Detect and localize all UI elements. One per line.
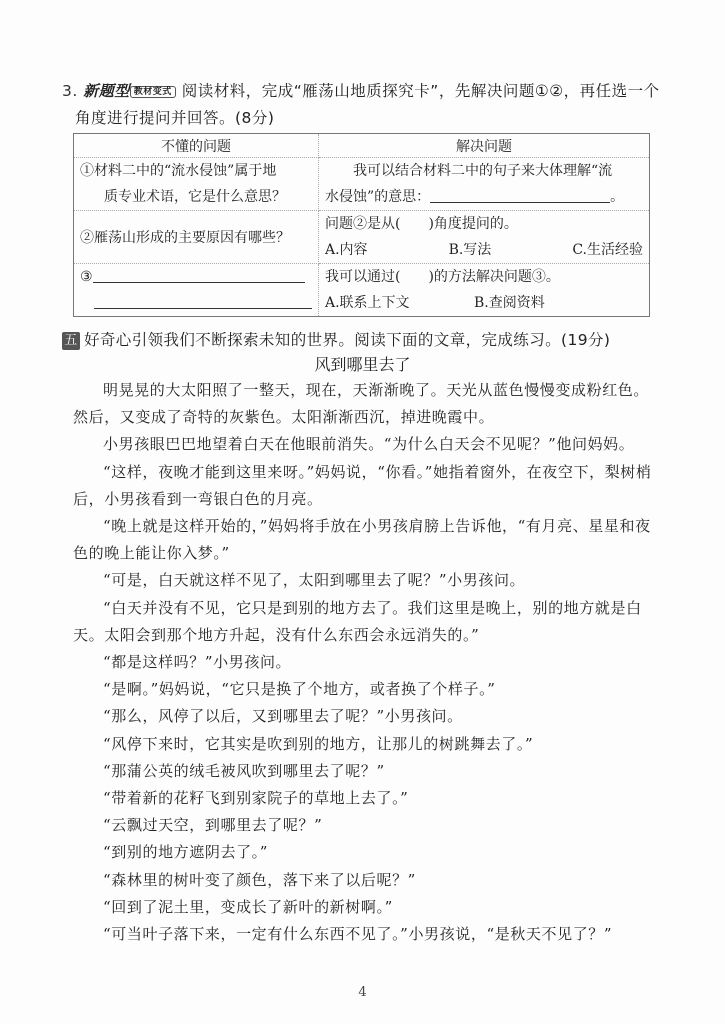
paragraph: “晚上就是这样开始的，”妈妈将手放在小男孩肩膀上告诉他，“有月亮、星星和夜色的晚… [73,513,653,567]
row3-question: ③ [74,264,319,317]
table-row: ③ 我可以通过( )的方法解决问题③。 A.联系上下文 B.查阅资料 [74,264,650,317]
question-prompt-line2: 角度进行提问并回答。(8分) [62,105,662,131]
article-title: 风到哪里去了 [0,352,725,375]
paragraph: “云飘过天空，到哪里去了呢？” [73,812,653,839]
paragraph: “可当叶子落下来，一定有什么东西不见了。”小男孩说，“是秋天不见了？” [73,921,653,948]
question-prompt-line1: 阅读材料，完成“雁荡山地质探究卡”，先解决问题①②，再任选一个 [182,82,660,100]
paragraph: 明晃晃的大太阳照了一整天，现在，天渐渐晚了。天光从蓝色慢慢变成粉红色。然后，又变… [73,377,653,431]
row1-answer-text: 水侵蚀”的意思： [325,189,430,205]
paragraph: “这样，夜晚才能到这里来呀。”妈妈说，“你看。”她指着窗外，在夜空下，梨树梢后，… [73,459,653,513]
row3-answer: 我可以通过( )的方法解决问题③。 A.联系上下文 B.查阅资料 [319,264,650,317]
paragraph: “森林里的树叶变了颜色，落下来了以后呢？” [73,867,653,894]
page-number: 4 [0,985,725,1000]
geology-inquiry-card: 不懂的问题 解决问题 ①材料二中的“流水侵蚀”属于地 质专业术语，它是什么意思？… [73,133,650,317]
question-3: 3. 新题型教材变式阅读材料，完成“雁荡山地质探究卡”，先解决问题①②，再任选一… [62,78,662,131]
paragraph: “可是，白天就这样不见了，太阳到哪里去了呢？”小男孩问。 [73,567,653,594]
option-b[interactable]: B.写法 [449,237,492,263]
question-3-line1: 3. 新题型教材变式阅读材料，完成“雁荡山地质探究卡”，先解决问题①②，再任选一… [62,78,662,105]
row3-answer-line1: 我可以通过( )的方法解决问题③。 [325,264,643,290]
table-row: ①材料二中的“流水侵蚀”属于地 质专业术语，它是什么意思？ 我可以结合材料二中的… [74,158,650,211]
row1-question-line2: 质专业术语，它是什么意思？ [80,184,312,210]
row2-answer-line1: 问题②是从( )角度提问的。 [325,211,643,237]
question-blank-line2[interactable] [94,292,312,309]
option-a[interactable]: A.内容 [325,237,368,263]
paragraph: “带着新的花籽飞到别家院子的草地上去了。” [73,785,653,812]
section-5-prompt: 好奇心引领我们不断探索未知的世界。阅读下面的文章，完成练习。(19分) [84,331,610,349]
textbook-variant-badge: 教材变式 [130,86,176,98]
paragraph: “是啊。”妈妈说，“它只是换了个地方，或者换了个样子。” [73,676,653,703]
section-number-badge: 五 [62,332,80,350]
option-b[interactable]: B.查阅资料 [474,295,545,311]
option-c[interactable]: C.生活经验 [572,237,643,263]
row1-answer: 我可以结合材料二中的句子来大体理解“流 水侵蚀”的意思：。 [319,158,650,211]
row3-question-line2 [80,290,312,316]
paragraph: “那么，风停了以后，又到哪里去了呢？”小男孩问。 [73,703,653,730]
period: 。 [610,189,624,205]
paragraph: “都是这样吗？”小男孩问。 [73,649,653,676]
row1-question: ①材料二中的“流水侵蚀”属于地 质专业术语，它是什么意思？ [74,158,319,211]
question-number: 3. [62,82,78,100]
row2-options: A.内容 B.写法 C.生活经验 [325,237,643,263]
question-blank-line1[interactable] [93,266,305,283]
header-solutions: 解决问题 [319,134,650,158]
option-a[interactable]: A.联系上下文 [325,295,410,311]
row2-question: ②雁荡山形成的主要原因有哪些？ [74,211,319,264]
row2-answer: 问题②是从( )角度提问的。 A.内容 B.写法 C.生活经验 [319,211,650,264]
header-unclear-questions: 不懂的问题 [74,134,319,158]
circled-3: ③ [80,269,93,285]
row1-question-line1: ①材料二中的“流水侵蚀”属于地 [80,158,312,184]
answer-blank-1[interactable] [430,186,610,203]
row3-question-line1: ③ [80,264,312,290]
section-5-header: 五好奇心引领我们不断探索未知的世界。阅读下面的文章，完成练习。(19分) [62,328,610,350]
row1-answer-line1: 我可以结合材料二中的句子来大体理解“流 [325,158,643,184]
table-header-row: 不懂的问题 解决问题 [74,134,650,158]
row1-answer-line2: 水侵蚀”的意思：。 [325,184,643,210]
new-question-type-badge: 新题型 [83,82,130,100]
paragraph: “到别的地方遮阴去了。” [73,839,653,866]
paragraph: “回到了泥土里，变成长了新叶的新树啊。” [73,894,653,921]
paragraph: “那蒲公英的绒毛被风吹到哪里去了呢？” [73,758,653,785]
table-row: ②雁荡山形成的主要原因有哪些？ 问题②是从( )角度提问的。 A.内容 B.写法… [74,211,650,264]
paragraph: “风停下来时，它其实是吹到别的地方，让那儿的树跳舞去了。” [73,731,653,758]
paragraph: “白天并没有不见，它只是到别的地方去了。我们这里是晚上，别的地方就是白天。太阳会… [73,595,653,649]
article-body: 明晃晃的大太阳照了一整天，现在，天渐渐晚了。天光从蓝色慢慢变成粉红色。然后，又变… [73,377,653,948]
row3-options: A.联系上下文 B.查阅资料 [325,290,643,316]
paragraph: 小男孩眼巴巴地望着白天在他眼前消失。“为什么白天会不见呢？”他问妈妈。 [73,431,653,458]
